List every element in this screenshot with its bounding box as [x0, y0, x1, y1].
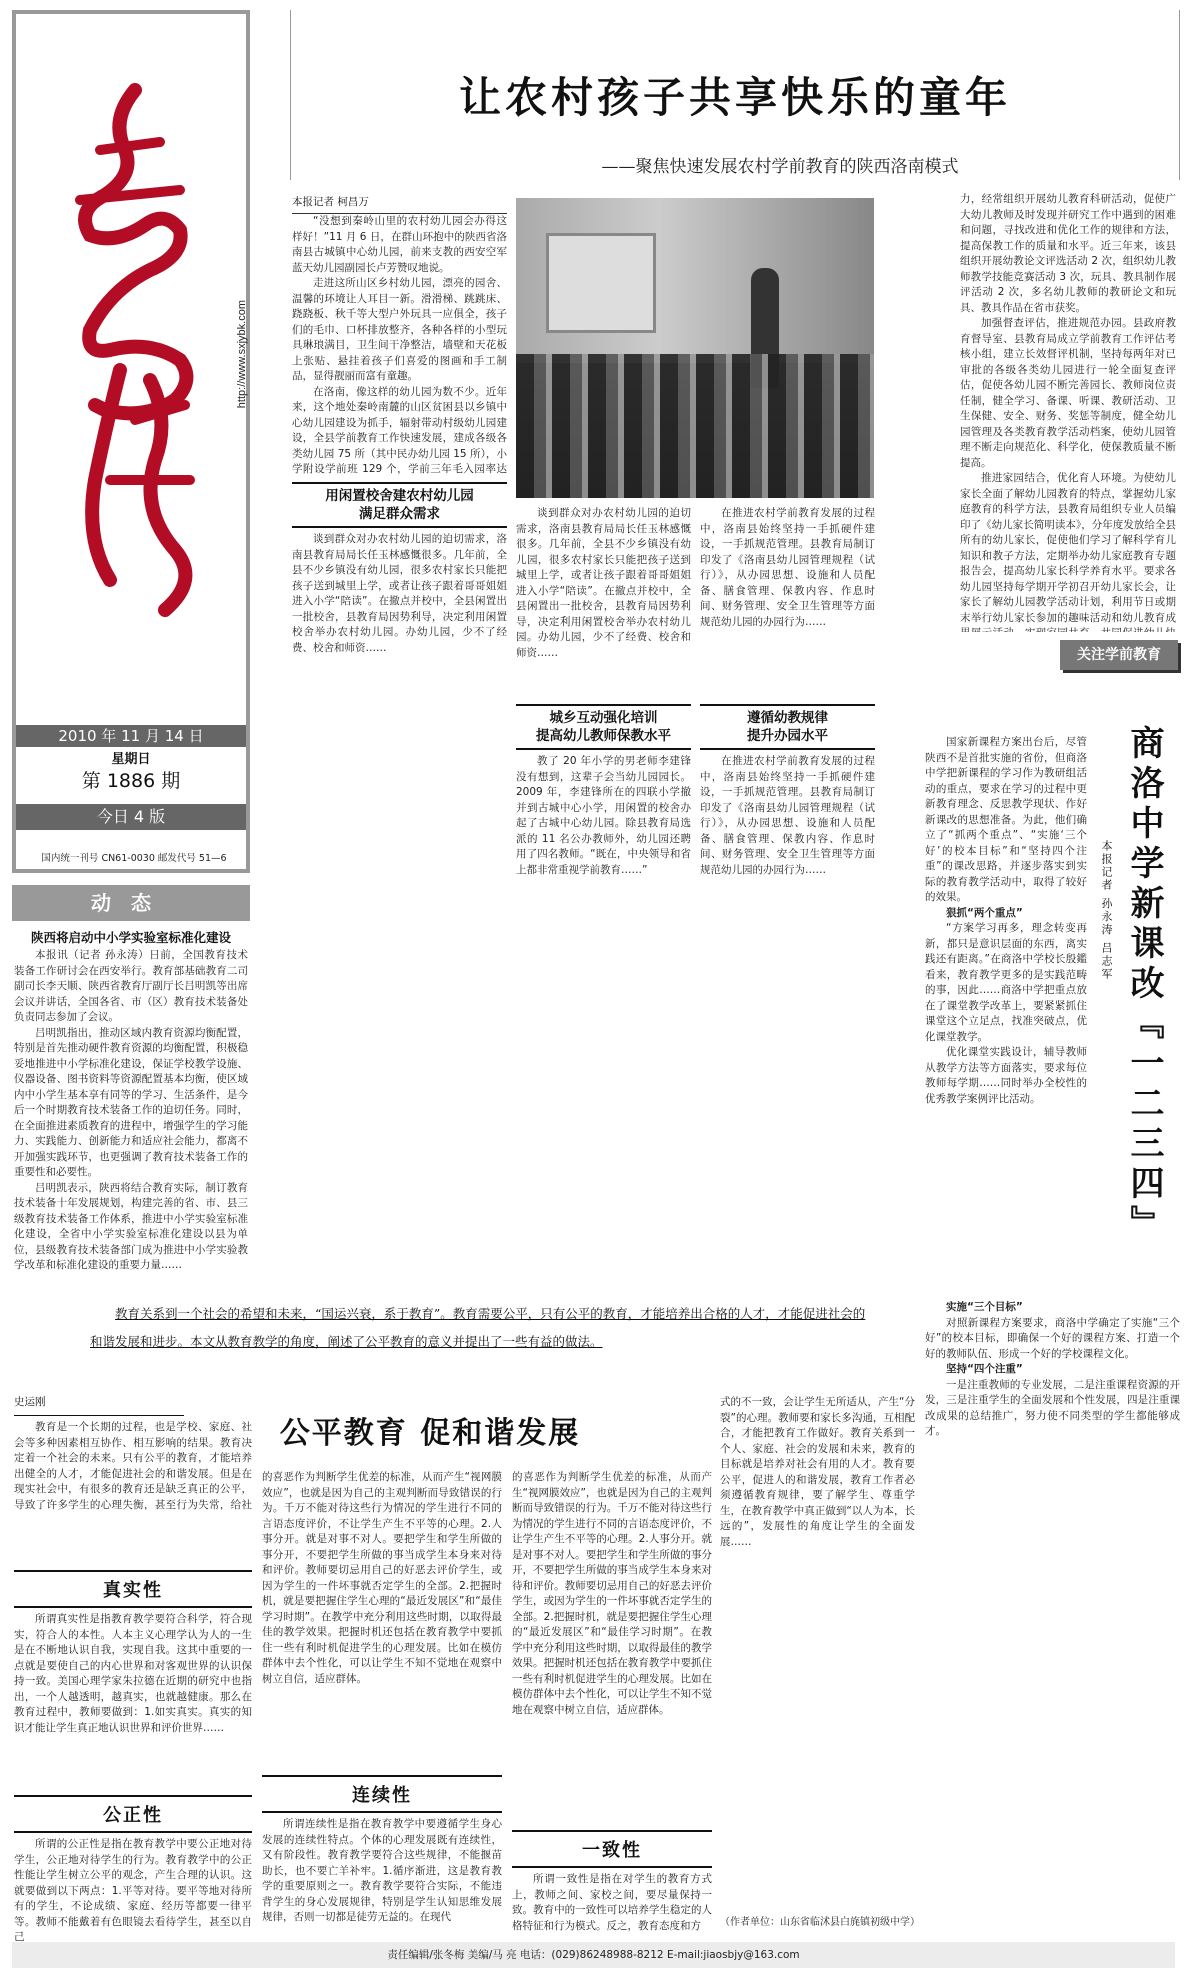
- paragraph: 所谓连续性是指在教育教学中要遵循学生身心发展的连续性特点。个体的心理发展既有连续…: [262, 1817, 502, 1926]
- section-1-continued: 谈到群众对办农村幼儿园的迫切需求，洛南县教育局局长任玉林感慨很多。几年前，全县不…: [516, 506, 691, 696]
- paragraph: 国家新课程方案出台后，尽管陕西不是首批实施的省份，但商洛中学把新课程的学习作为教…: [925, 735, 1087, 906]
- essay-middle-col: 的喜恶作为判断学生优差的标准，从而产生“视网膜效应”，也就是因为自己的主观判断而…: [262, 1470, 502, 1770]
- section-title: 公正性: [14, 1795, 252, 1833]
- news-brief-body: 本报讯（记者 孙永涛）日前，全国教育技术装备工作研讨会在西安举行。教育部基础教育…: [14, 948, 248, 1273]
- newspaper-logo: [40, 40, 210, 680]
- registration-number: 国内统一刊号 CN61-0030 邮发代号 51—6: [14, 850, 254, 864]
- side-article-body: 国家新课程方案出台后，尽管陕西不是首批实施的省份，但商洛中学把新课程的学习作为教…: [925, 735, 1087, 1295]
- paragraph: 在洛南，像这样的幼儿园为数不少。近年来，这个地处秦岭南麓的山区贫困县以乡镇中心幼…: [292, 385, 507, 477]
- essay-col-3: 的喜恶作为判断学生优差的标准，从而产生“视网膜效应”，也就是因为自己的主观判断而…: [512, 1470, 712, 1825]
- footer-credits: 责任编辑/张冬梅 美编/马 亮 电话：(029)86248988-8212 E-…: [12, 1942, 1175, 1968]
- lead-headline[interactable]: 让农村孩子共享快乐的童年: [290, 65, 1180, 125]
- lead-byline: 本报记者 柯昌万: [292, 194, 507, 214]
- section-2: 城乡互动强化培训 提高幼儿教师保教水平 教了 20 年小学的男老师李建锋没有想到…: [516, 700, 691, 1294]
- publication-date: 2010 年 11 月 14 日: [16, 725, 246, 747]
- paragraph: “没想到秦岭山里的农村幼儿园会办得这样好！”11 月 6 日，在群山环抱中的陕西…: [292, 214, 507, 276]
- lead-right-column: 力，经常组织开展幼儿教育科研活动，促使广大幼儿教师及时发现并研究工作中遇到的困难…: [960, 192, 1176, 632]
- section-3-lead: 在推进农村学前教育发展的过程中，洛南县始终坚持一手抓硬件建设，一手抓规范管理。县…: [700, 506, 875, 696]
- paragraph: 式的不一致，会让学生无所适从，产生“分裂”的心理。教师要和家长多沟通，互相配合，…: [720, 1395, 915, 1550]
- essay-author: 史运刚: [14, 1394, 184, 1416]
- paragraph: 所谓的公正性是指在教育教学中要公正地对待学生，公正地对待学生的行为。教育教学中的…: [14, 1837, 252, 1946]
- paragraph: 走进这所山区乡村幼儿园，漂亮的园舍、温馨的环境让人耳目一新。滑滑梯、跳跳床、跷跷…: [292, 276, 507, 385]
- issue-number: 第 1886 期: [16, 766, 246, 793]
- paragraph: 吕明凯指出，推动区域内教育资源均衡配置，特别是首先推动硬件教育资源的均衡配置，积…: [14, 1026, 248, 1181]
- section-title: 一致性: [512, 1830, 712, 1868]
- paragraph: 教了 20 年小学的男老师李建锋没有想到，这辈子会当幼儿园园长。2009 年，李…: [516, 754, 691, 878]
- pages-today: 今日 4 版: [16, 804, 246, 830]
- section-title: 城乡互动强化培训 提高幼儿教师保教水平: [516, 704, 691, 750]
- paragraph: 的喜恶作为判断学生优差的标准，从而产生“视网膜效应”，也就是因为自己的主观判断而…: [262, 1470, 502, 1687]
- section-title: 用闲置校舍建农村幼儿园 满足群众需求: [292, 482, 507, 528]
- section-title: 遵循幼教规律 提升办园水平: [700, 704, 875, 750]
- subheading: 实施“三个目标”: [925, 1300, 1180, 1316]
- section-header-news: 动态: [12, 885, 250, 921]
- lead-intro: “没想到秦岭山里的农村幼儿园会办得这样好！”11 月 6 日，在群山环抱中的陕西…: [292, 214, 507, 476]
- section-3: 遵循幼教规律 提升办园水平 在推进农村学前教育发展的过程中，洛南县始终坚持一手抓…: [700, 700, 875, 1294]
- weekday: 星期日: [16, 748, 246, 767]
- essay-affiliation: （作者单位：山东省临沭县白旄镇初级中学）: [720, 1915, 920, 1933]
- paragraph: 所谓一致性是指在对学生的教育方式上，教师之间、家校之间，要尽量保持一致。教育中的…: [512, 1872, 712, 1934]
- paragraph: 对照新课程方案要求，商洛中学确定了实施“三个好”的校本目标，即确保一个好的课程方…: [925, 1316, 1180, 1363]
- section-title: 连续性: [262, 1775, 502, 1813]
- section-1: 用闲置校舍建农村幼儿园 满足群众需求 谈到群众对办农村幼儿园的迫切需求，洛南县教…: [292, 478, 507, 1297]
- news-brief-title[interactable]: 陕西将启动中小学实验室标准化建设: [14, 928, 248, 946]
- column-tag: 关注学前教育: [1060, 640, 1178, 670]
- paragraph: “方案学习再多，理念转变再新，都只是意识层面的东西，离实践还有距离。”在商洛中学…: [925, 921, 1087, 1045]
- side-article-title[interactable]: 商洛中学新课改『一二三四』: [1120, 725, 1169, 1245]
- paragraph: 的喜恶作为判断学生优差的标准，从而产生“视网膜效应”，也就是因为自己的主观判断而…: [512, 1470, 712, 1718]
- essay-abstract: 教育关系到一个社会的希望和未来，“国运兴衰，系于教育”。教育需要公平，只有公平的…: [90, 1300, 870, 1356]
- essay-col-4: 式的不一致，会让学生无所适从，产生“分裂”的心理。教师要和家长多沟通，互相配合，…: [720, 1395, 915, 1910]
- essay-section-continuity: 连续性 所谓连续性是指在教育教学中要遵循学生身心发展的连续性特点。个体的心理发展…: [262, 1775, 502, 1947]
- section-title: 真实性: [14, 1570, 252, 1608]
- paragraph: 加强督查评估，推进规范办园。县政府教育督导室、县教育局成立学前教育工作评估考核小…: [960, 316, 1176, 471]
- essay-section-truth: 真实性 所谓真实性是指教育教学要符合科学，符合现实，符合人的本性。人本主义心理学…: [14, 1570, 252, 1812]
- subheading: 坚持“四个注重”: [925, 1362, 1180, 1378]
- paragraph: 本报讯（记者 孙永涛）日前，全国教育技术装备工作研讨会在西安举行。教育部基础教育…: [14, 948, 248, 1026]
- website-url[interactable]: http://www.sxjybk.com: [236, 300, 248, 408]
- side-article-byline: 本报记者 孙永涛 吕志军: [1098, 840, 1114, 981]
- subheading: 狠抓“两个重点”: [925, 906, 1087, 922]
- paragraph: 所谓真实性是指教育教学要符合科学，符合现实，符合人的本性。人本主义心理学认为人的…: [14, 1612, 252, 1736]
- essay-headline[interactable]: 公平教育 促和谐发展: [250, 1408, 610, 1452]
- paragraph: 一是注重教师的专业发展，二是注重课程资源的开发，三是注重学生的全面发展和个性发展…: [925, 1378, 1180, 1440]
- paragraph: 推进家园结合，优化育人环境。为使幼儿家长全面了解幼儿园教育的特点，掌握幼儿家庭教…: [960, 471, 1176, 632]
- essay-intro: 教育是一个长期的过程，也是学校、家庭、社会等多种因素相互协作、相互影响的结果。教…: [14, 1420, 252, 1510]
- paragraph: 吕明凯表示，陕西将结合教育实际，制订教育技术装备十年发展规划，构建完善的省、市、…: [14, 1181, 248, 1274]
- paragraph: 谈到群众对办农村幼儿园的迫切需求，洛南县教育局局长任玉林感慨很多。几年前，全县不…: [292, 532, 507, 656]
- lead-subheadline: ——聚焦快速发展农村学前教育的陕西洛南模式: [290, 152, 1180, 177]
- paragraph: 在推进农村学前教育发展的过程中，洛南县始终坚持一手抓硬件建设，一手抓规范管理。县…: [700, 506, 875, 630]
- paragraph: 教育是一个长期的过程，也是学校、家庭、社会等多种因素相互协作、相互影响的结果。教…: [14, 1420, 252, 1510]
- paragraph: 谈到群众对办农村幼儿园的迫切需求，洛南县教育局局长任玉林感慨很多。几年前，全县不…: [516, 506, 691, 661]
- paragraph: 优化课堂实践设计，辅导教师从教学方法等方面落实，要求每位教师每学期……同时举办全…: [925, 1045, 1087, 1107]
- kindergarten-photo: [516, 198, 874, 498]
- paragraph: 力，经常组织开展幼儿教育科研活动，促使广大幼儿教师及时发现并研究工作中遇到的困难…: [960, 192, 1176, 316]
- side-article-continued: 实施“三个目标” 对照新课程方案要求，商洛中学确定了实施“三个好”的校本目标，即…: [925, 1300, 1180, 1930]
- paragraph: 在推进农村学前教育发展的过程中，洛南县始终坚持一手抓硬件建设，一手抓规范管理。县…: [700, 754, 875, 878]
